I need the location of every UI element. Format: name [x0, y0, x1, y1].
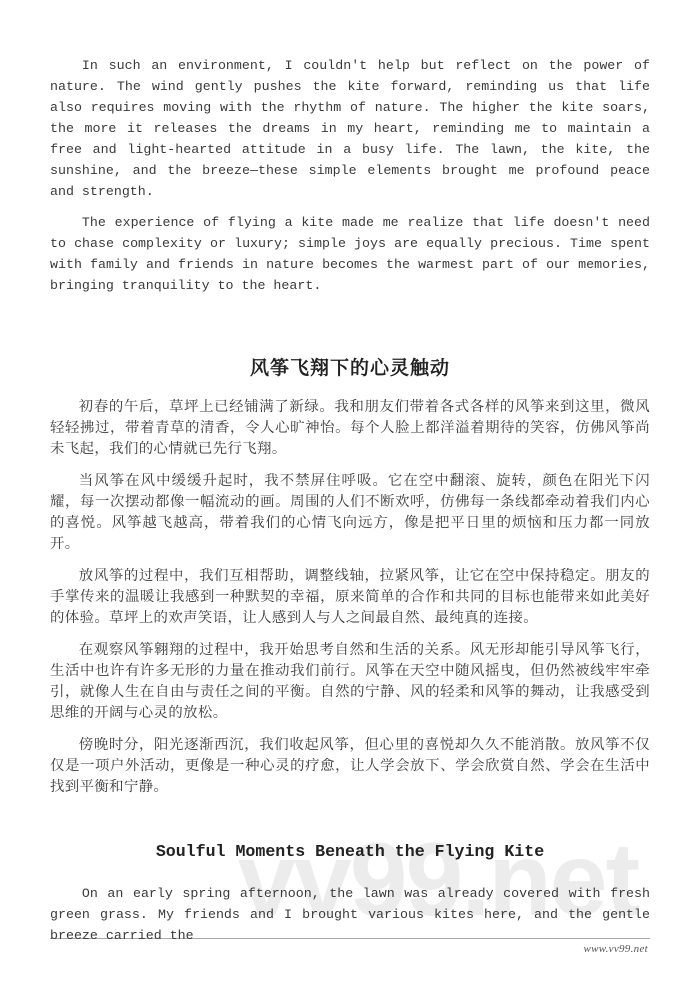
section-title-zh: 风筝飞翔下的心灵触动 [50, 356, 650, 380]
paragraph: 傍晚时分，阳光逐渐西沉，我们收起风筝，但心里的喜悦却久久不能消散。放风筝不仅仅是… [50, 735, 650, 798]
paragraph: The experience of flying a kite made me … [50, 212, 650, 296]
section-zh: 风筝飞翔下的心灵触动 [50, 356, 650, 380]
paragraph: In such an environment, I couldn't help … [50, 55, 650, 202]
paragraph: 当风筝在风中缓缓升起时，我不禁屏住呼吸。它在空中翻滚、旋转，颜色在阳光下闪耀，每… [50, 471, 650, 555]
section-en-body: On an early spring afternoon, the lawn w… [50, 883, 650, 946]
paragraph: 在观察风筝翱翔的过程中，我开始思考自然和生活的关系。风无形却能引导风筝飞行，生活… [50, 640, 650, 724]
section-en: Soulful Moments Beneath the Flying Kite [50, 840, 650, 864]
paragraph: 放风筝的过程中，我们互相帮助，调整线轴，拉紧风筝，让它在空中保持稳定。朋友的手掌… [50, 566, 650, 629]
section-title-en: Soulful Moments Beneath the Flying Kite [50, 840, 650, 864]
paragraph: 初春的午后，草坪上已经铺满了新绿。我和朋友们带着各式各样的风筝来到这里，微风轻轻… [50, 397, 650, 460]
section-1-continued: In such an environment, I couldn't help … [50, 55, 650, 296]
section-zh-body: 初春的午后，草坪上已经铺满了新绿。我和朋友们带着各式各样的风筝来到这里，微风轻轻… [50, 397, 650, 798]
paragraph: On an early spring afternoon, the lawn w… [50, 883, 650, 946]
